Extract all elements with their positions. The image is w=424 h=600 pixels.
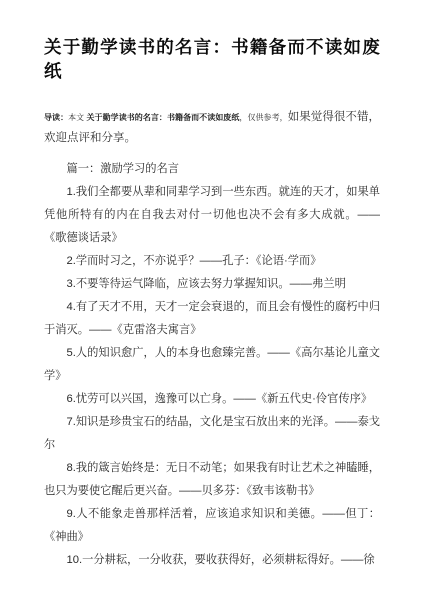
quote-item: 3.不要等待运气降临，应该去努力掌握知识。——弗兰明: [44, 273, 380, 296]
quote-item: 5.人的知识愈广，人的本身也愈臻完善。——《高尔基论儿童文学》: [44, 342, 380, 388]
section-heading: 篇一：激励学习的名言: [44, 158, 380, 181]
document-page: 关于勤学读书的名言：书籍备而不读如废纸 导读：本文 关于勤学读书的名言：书籍备而…: [0, 0, 424, 600]
intro-paragraph: 导读：本文 关于勤学读书的名言：书籍备而不读如废纸，仅供参考，如果觉得很不错，欢…: [44, 107, 380, 149]
quote-item: 4.有了天才不用，天才一定会衰退的，而且会有慢性的腐朽中归于消灭。——《克雷洛夫…: [44, 296, 380, 342]
quote-item: 2.学而时习之，不亦说乎？——孔子：《论语·学而》: [44, 250, 380, 273]
quote-item: 7.知识是珍贵宝石的结晶，文化是宝石放出来的光泽。——泰戈尔: [44, 411, 380, 457]
page-title: 关于勤学读书的名言：书籍备而不读如废纸: [44, 36, 380, 83]
intro-label: 导读：: [44, 113, 68, 122]
quote-item: 9.人不能象走兽那样活着，应该追求知识和美德。——但丁：《神曲》: [44, 503, 380, 549]
intro-suffix: ，仅供参考，: [239, 113, 287, 122]
quote-item: 1.我们全都要从辈和同辈学习到一些东西。就连的天才，如果单凭他所特有的内在自我去…: [44, 181, 380, 250]
quote-item: 8.我的箴言始终是：无日不动笔；如果我有时让艺术之神瞌睡，也只为要使它醒后更兴奋…: [44, 457, 380, 503]
quote-item: 10.一分耕耘，一分收获，要收获得好，必须耕耘得好。——徐: [44, 549, 380, 572]
intro-prefix: 本文: [68, 113, 86, 122]
quote-item: 6.忧劳可以兴国，逸豫可以亡身。——《新五代史·伶官传序》: [44, 388, 380, 411]
intro-bold-title: 关于勤学读书的名言：书籍备而不读如废纸: [87, 113, 240, 122]
